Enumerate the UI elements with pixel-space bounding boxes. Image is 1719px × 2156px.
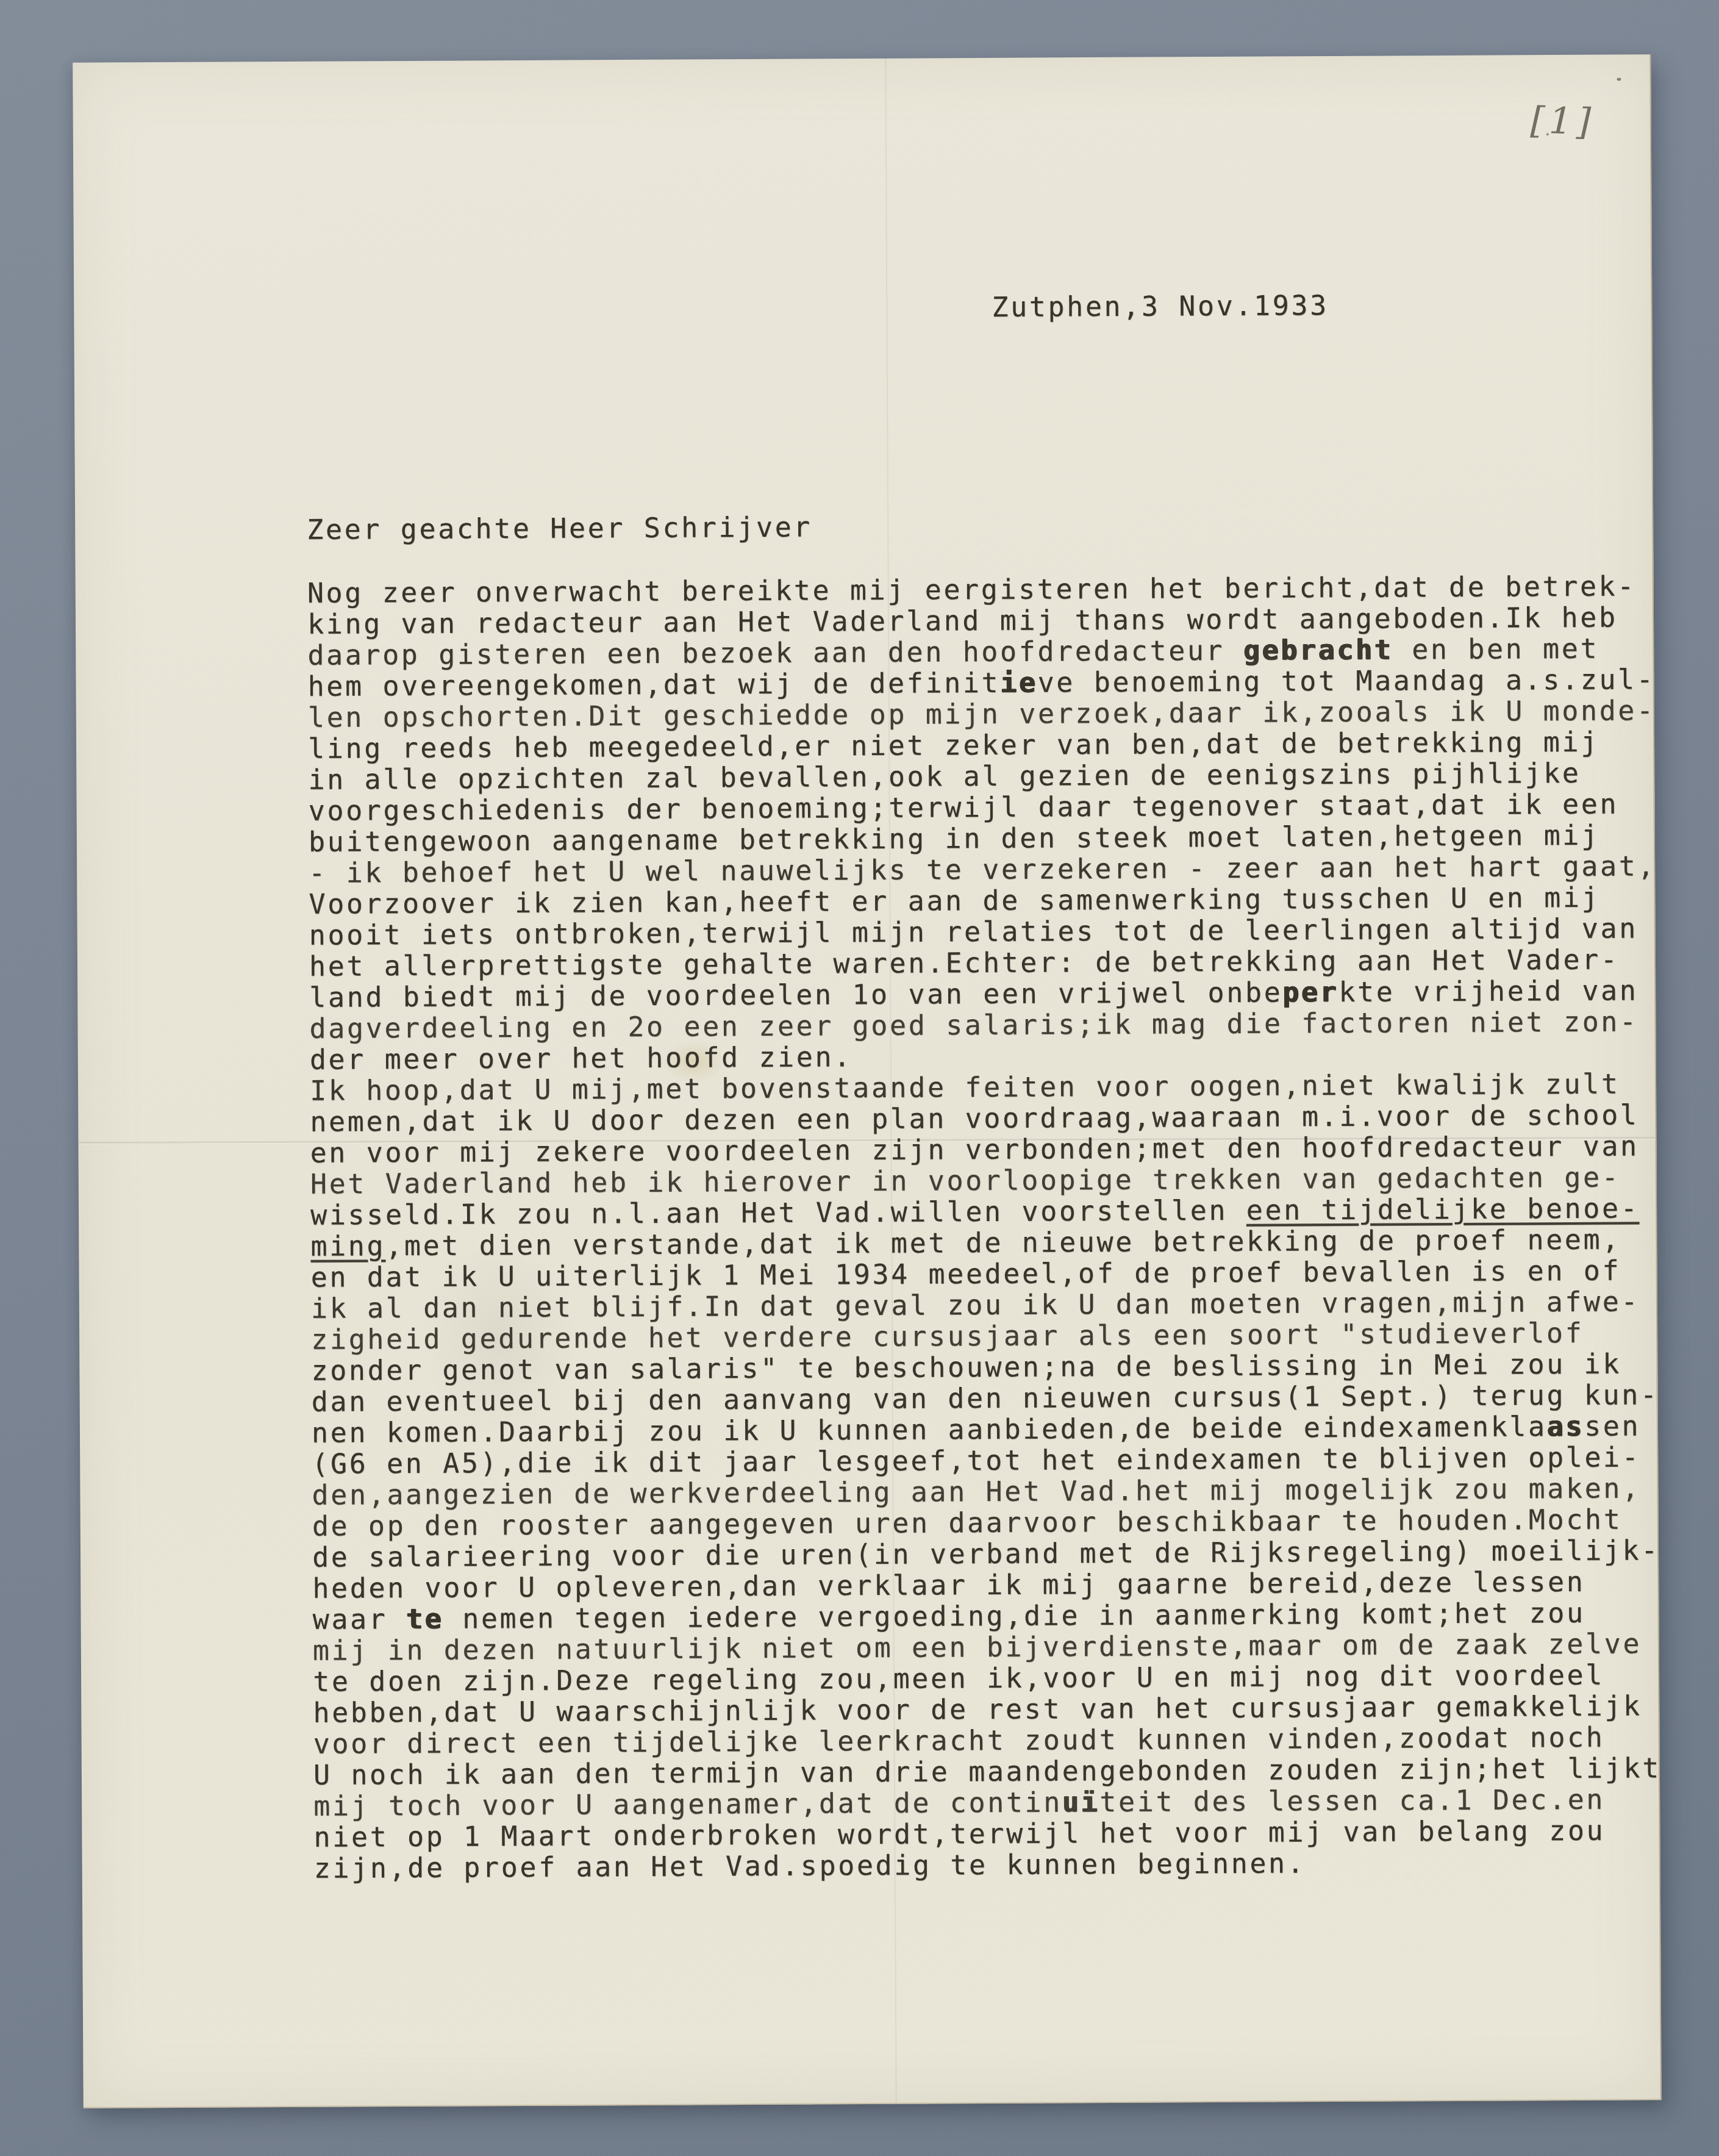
letter-line: len opschorten.Dit geschiedde op mijn ve… (308, 695, 1665, 733)
typed-text: en ben met (1393, 632, 1599, 666)
typed-text: teit des lessen ca.1 Dec.en (1099, 1783, 1605, 1818)
letter-page: [1] Zutphen,3 Nov.1933 Zeer geachte Heer… (73, 54, 1662, 2108)
typed-text: hem overeengekomen,dat wij de definit (307, 667, 1000, 703)
letter-line: dagverdeeling en 2o een zeer goed salari… (309, 1006, 1666, 1044)
letter-line: de op den rooster aangegeven uren daarvo… (312, 1503, 1669, 1542)
letter-line: mij toch voor U aangenamer,dat de contin… (313, 1783, 1670, 1822)
letter-line: daarop gisteren een bezoek aan den hoofd… (307, 632, 1664, 671)
letter-line: Ik hoop,dat U mij,met bovenstaande feite… (310, 1068, 1667, 1106)
underlined-text: een tijdelijke benoe- (1246, 1192, 1640, 1226)
typed-text: ve benoeming tot Maandag a.s.zul- (1037, 663, 1655, 698)
overstruck-text: gebracht (1243, 633, 1393, 666)
overstruck-text: te (406, 1603, 444, 1635)
typed-text: daarop gisteren een bezoek aan den hoofd… (307, 634, 1243, 672)
typed-text: voor direct een tijdelijke leerkracht zo… (313, 1721, 1605, 1760)
overstruck-text: ie (1000, 667, 1038, 699)
overstruck-text: as (1547, 1410, 1585, 1442)
overstruck-text: uï (1062, 1786, 1100, 1818)
underlined-text: ming (310, 1230, 385, 1262)
typed-text: kte vrijheid van (1338, 974, 1638, 1008)
salutation: Zeer geachte Heer Schrijver (307, 511, 812, 545)
letter-line: zigheid gedurende het verdere cursusjaar… (311, 1317, 1668, 1355)
typed-text: der meer over het hoofd zien. (310, 1040, 852, 1076)
letter-line: mij in dezen natuurlijk niet om een bijv… (313, 1628, 1670, 1666)
paper-speck (1617, 78, 1621, 81)
overstruck-text: per (1282, 976, 1338, 1008)
typed-text: sen (1584, 1409, 1640, 1442)
typed-text: mij toch voor U aangenamer,dat de contin (313, 1786, 1062, 1822)
typed-text: Het Vaderland heb ik hierover in voorloo… (310, 1161, 1621, 1200)
letter-line: Het Vaderland heb ik hierover in voorloo… (310, 1161, 1667, 1200)
dateline: Zutphen,3 Nov.1933 (992, 290, 1329, 323)
typed-text: de op den rooster aangegeven uren daarvo… (312, 1503, 1623, 1542)
letter-line: - ik behoef het U wel nauwelijks te verz… (309, 850, 1665, 889)
typed-text: Ik hoop,dat U mij,met bovenstaande feite… (310, 1068, 1620, 1107)
scan-background: [1] Zutphen,3 Nov.1933 Zeer geachte Heer… (0, 0, 1719, 2156)
letter-line: zijn,de proef aan Het Vad.spoedig te kun… (314, 1846, 1671, 1884)
typed-text: zijn,de proef aan Het Vad.spoedig te kun… (314, 1847, 1306, 1885)
page-number-annotation: [1] (1530, 99, 1596, 143)
letter-line: voor direct een tijdelijke leerkracht zo… (313, 1721, 1670, 1760)
typed-text: waar (312, 1603, 406, 1636)
letter-body: Nog zeer onverwacht bereikte mij eergist… (307, 570, 1671, 1884)
typed-text: zigheid gedurende het verdere cursusjaar… (311, 1317, 1584, 1356)
